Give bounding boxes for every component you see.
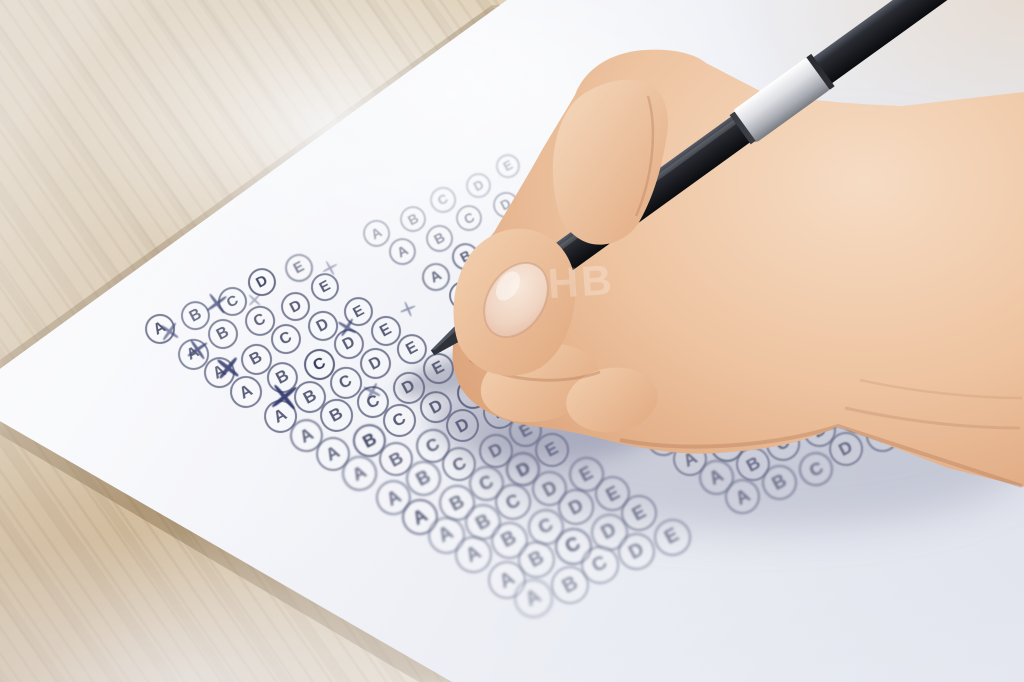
hand-and-pen — [0, 0, 1024, 682]
watermark-text: HB — [546, 256, 616, 309]
photo-scene: ABCDEABCDEABCDEABCDEABCDEABCDEABCDEABCDE… — [0, 0, 1024, 682]
